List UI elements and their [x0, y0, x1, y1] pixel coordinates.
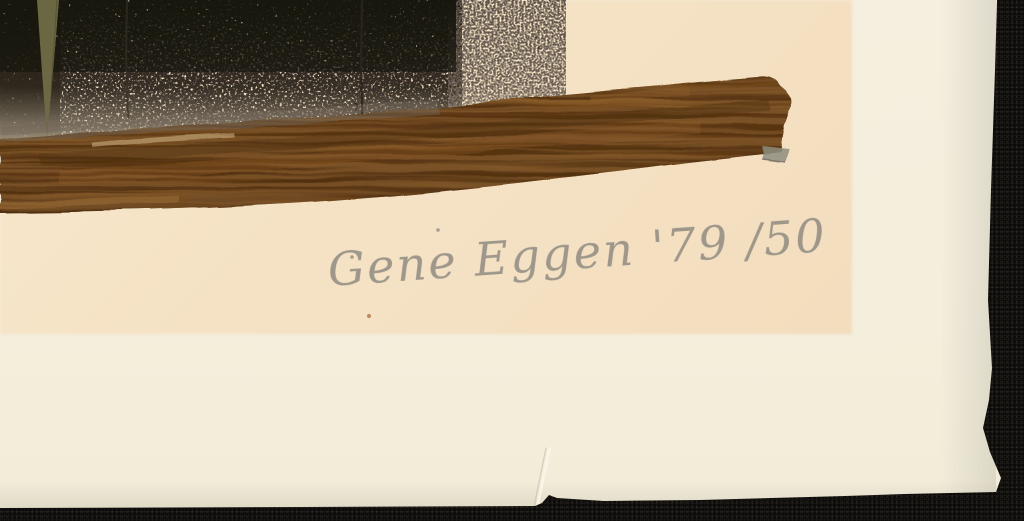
paper-sheet: Gene Eggen '79 /50: [0, 0, 1024, 521]
paper-crease: [524, 444, 568, 512]
pencil-dot: [436, 228, 440, 232]
artist-signature: Gene Eggen '79 /50: [315, 200, 860, 332]
signature-text: Gene Eggen '79 /50: [326, 208, 829, 297]
bottom-edge-shading: [0, 480, 1010, 508]
right-edge-shading: [940, 0, 996, 500]
pencil-dot: [350, 255, 354, 259]
artwork-photo: Gene Eggen '79 /50: [0, 0, 1024, 521]
rust-speck: [367, 314, 371, 318]
